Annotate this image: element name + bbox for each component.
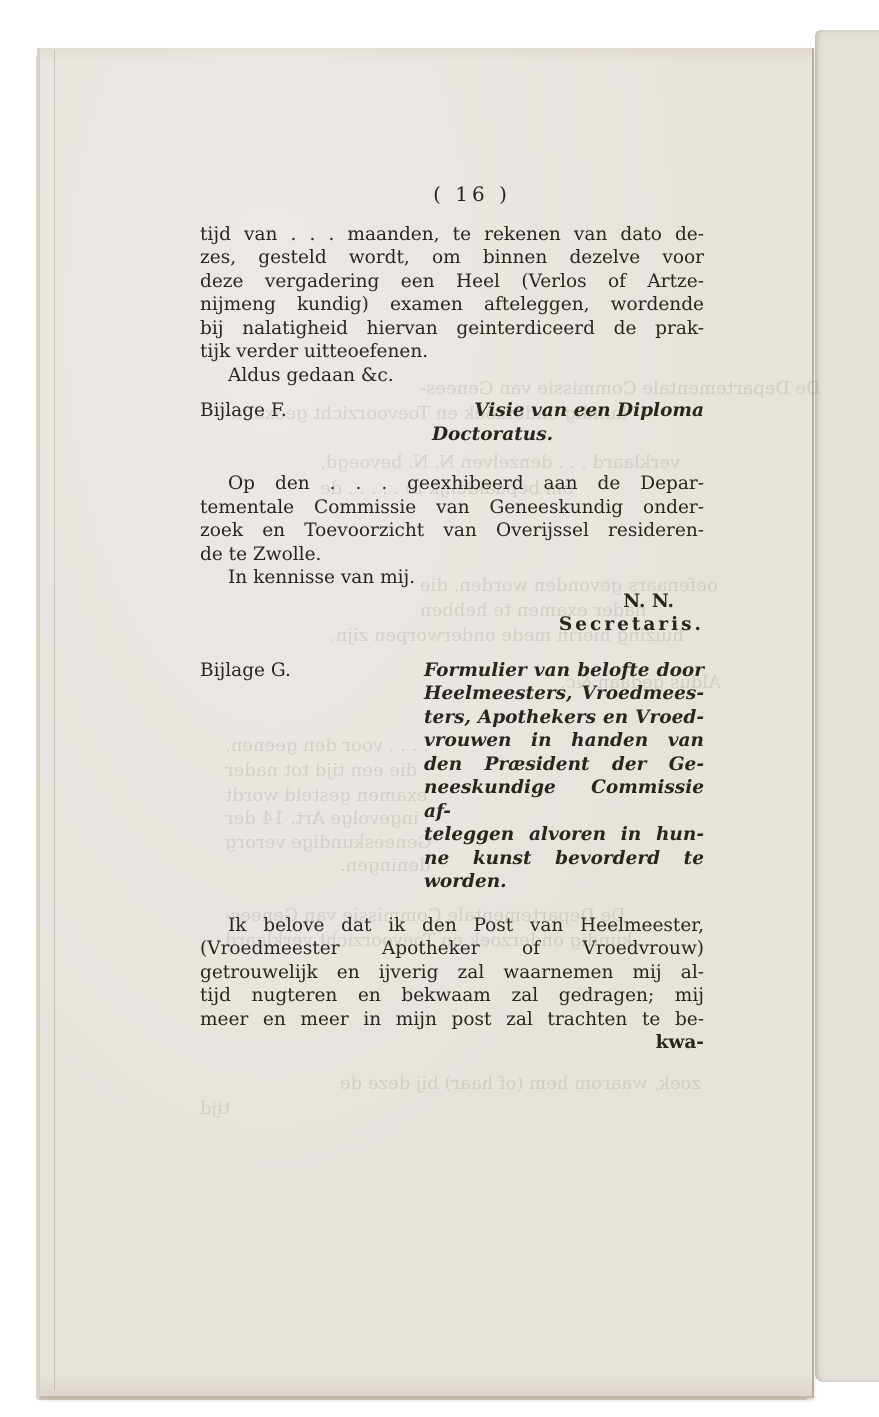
intro-paragraph: tijd van . . . maanden, te rekenen van d… [200, 223, 704, 364]
text-line: (Vroedmeester Apotheker of Vroedvrouw) [200, 937, 704, 961]
bijlage-g-section: Bijlage G. Formulier van belofte door He… [200, 659, 704, 1055]
title-line: ne kunst bevorderd te [424, 847, 704, 871]
text-line: Op den . . . geexhibeerd aan de Depar- [200, 472, 704, 496]
bijlage-f-title: Visie van een Diploma [474, 399, 704, 423]
text-line: deze vergadering een Heel (Verlos of Art… [200, 270, 704, 294]
title-line: neeskundige Commissie af- [424, 776, 704, 823]
show-through-line: tijd [200, 1098, 230, 1119]
page-number: ( 16 ) [200, 183, 704, 207]
catchword: kwa- [200, 1031, 704, 1055]
text-line: tementale Commissie van Geneeskundig ond… [200, 496, 704, 520]
text-line: Ik belove dat ik den Post van Heelmeeste… [200, 914, 704, 938]
page-binding-edge [54, 50, 55, 1390]
text-line: nijmeng kundig) examen afteleggen, worde… [200, 293, 704, 317]
signature-name: N. N. [200, 590, 704, 614]
title-line: vrouwen in handen van [424, 729, 704, 753]
text-line: getrouwelijk en ijverig zal waarnemen mi… [200, 961, 704, 985]
text-line: tijk verder uitteoefenen. [200, 340, 704, 364]
bijlage-f-label: Bijlage F. [200, 399, 287, 423]
attestation: In kennisse van mij. [200, 566, 704, 590]
page-text: ( 16 ) tijd van . . . maanden, te rekene… [200, 183, 704, 1055]
text-line: de te Zwolle. [200, 543, 704, 567]
text-line: bij nalatigheid hiervan geinterdiceerd d… [200, 317, 704, 341]
adjacent-page-edge [815, 30, 879, 1382]
text-line: tijd van . . . maanden, te rekenen van d… [200, 223, 704, 247]
title-line: ters, Apothekers en Vroed- [424, 706, 704, 730]
bijlage-f-section: Bijlage F. Visie van een Diploma Doctora… [200, 399, 704, 637]
bijlage-g-title: Formulier van belofte door Heelmeesters,… [424, 659, 704, 894]
title-line: Heelmeesters, Vroedmees- [424, 682, 704, 706]
bijlage-g-label: Bijlage G. [200, 659, 424, 894]
signature-title: Secretaris. [200, 613, 704, 637]
title-line: teleggen alvoren in hun- [424, 823, 704, 847]
text-line: zes, gesteld wordt, om binnen dezelve vo… [200, 246, 704, 270]
title-line: den Præsident der Ge- [424, 753, 704, 777]
text-line: tijd nugteren en bekwaam zal gedragen; m… [200, 984, 704, 1008]
title-line: Formulier van belofte door [424, 659, 704, 683]
closing-formula: Aldus gedaan &c. [200, 364, 704, 388]
text-line: meer en meer in mijn post zal trachten t… [200, 1008, 704, 1032]
title-line: worden. [424, 870, 704, 894]
text-line: zoek en Toevoorzicht van Overijssel resi… [200, 519, 704, 543]
bijlage-f-title-cont: Doctoratus. [200, 423, 704, 447]
show-through-line: zoek, waarom hem (of haar) bij deze de [340, 1073, 701, 1094]
bijlage-f-body: Op den . . . geexhibeerd aan de Depar- t… [200, 472, 704, 566]
oath-paragraph: Ik belove dat ik den Post van Heelmeeste… [200, 914, 704, 1032]
